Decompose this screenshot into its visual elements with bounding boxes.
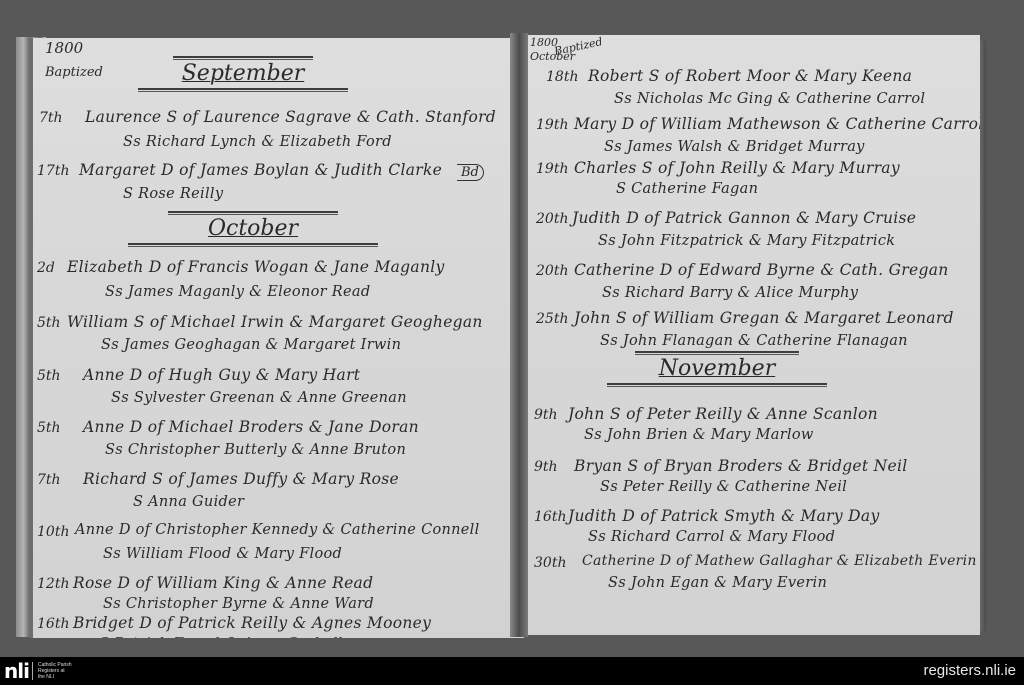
entry-child: Bryan S of Bryan Broders & Bridget Neil [574,457,907,475]
site-link[interactable]: registers.nli.ie [923,662,1016,679]
entry-day: 12th [37,576,69,592]
entry-child: Anne D of Michael Broders & Jane Doran [83,418,419,436]
entry-child: Judith D of Patrick Smyth & Mary Day [568,507,880,525]
entry-child: John S of William Gregan & Margaret Leon… [574,309,954,327]
entry-day: 16th [37,616,69,632]
entry-day: 9th [534,459,558,475]
entry-day: 16th [534,509,566,525]
image-viewer[interactable]: 1800 Baptized September 7th Laurence S o… [0,0,1024,657]
entry-child: Richard S of James Duffy & Mary Rose [83,470,399,488]
entry-child: Elizabeth D of Francis Wogan & Jane Maga… [67,258,445,276]
entry-day: 17th [37,163,69,179]
entry-day: 10th [37,524,69,540]
continued-month: October [530,51,575,63]
entry-sponsors: Ss John Brien & Mary Marlow [584,427,814,443]
entry-sponsors: Ss Nicholas Mc Ging & Catherine Carrol [614,91,925,107]
entry-child: Robert S of Robert Moor & Mary Keena [588,67,912,85]
month-heading-november: November [604,351,830,387]
entry-sponsors: S Rose Reilly [123,186,223,202]
entry-day: 20th [536,263,568,279]
entry-sponsors: S Catherine Fagan [616,181,758,197]
entry-sponsors: Ss Peter Reilly & Catherine Neil [600,479,847,495]
entry-day: 19th [536,161,568,177]
entry-sponsors: Ss William Flood & Mary Flood [103,546,342,562]
entry-day: 25th [536,311,568,327]
entry-child: Laurence S of Laurence Sagrave & Cath. S… [85,108,496,126]
entry-sponsors: S Anna Guider [133,494,244,510]
entry-sponsors: Ss John Fitzpatrick & Mary Fitzpatrick [598,233,895,249]
entry-sponsors: S Patrick Farrel & Anne Corbally [99,636,351,638]
entry-day: 5th [37,368,61,384]
entry-sponsors: Ss Sylvester Greenan & Anne Greenan [111,390,407,406]
entry-child: Rose D of William King & Anne Read [73,574,373,592]
page-year: 1800 [45,40,83,57]
entry-child: Anne D of Hugh Guy & Mary Hart [83,366,360,384]
entry-child: Catherine D of Edward Byrne & Cath. Greg… [574,261,949,279]
book-gutter [510,33,528,637]
entry-day: 20th [536,211,568,227]
entry-child: Mary D of William Mathewson & Catherine … [574,115,980,133]
entry-sponsors: Ss John Egan & Mary Everin [608,575,827,591]
entry-child: Charles S of John Reilly & Mary Murray [574,159,900,177]
entry-day: 7th [39,110,63,126]
entry-sponsors: Ss James Maganly & Eleonor Read [105,284,370,300]
entry-child: Judith D of Patrick Gannon & Mary Cruise [572,209,916,227]
entry-day: 5th [37,420,61,436]
right-page: 1800 Baptized October 18th Robert S of R… [528,35,980,635]
entry-day: 7th [37,472,61,488]
month-heading-september: September [128,56,358,92]
nli-logo-mark: nli [4,660,29,682]
page-heading: Baptized [45,64,103,81]
entry-day: 19th [536,117,568,133]
left-page: 1800 Baptized September 7th Laurence S o… [30,38,524,638]
nli-logo-text: Catholic Parish Registers at the NLI [38,662,72,680]
entry-day: 5th [37,315,61,331]
footer-bar: nli Catholic Parish Registers at the NLI… [0,657,1024,685]
entry-day: 18th [546,69,578,85]
entry-sponsors: Ss John Flanagan & Catherine Flanagan [600,333,908,349]
entry-sponsors: Ss Christopher Byrne & Anne Ward [103,596,374,612]
entry-child: Anne D of Christopher Kennedy & Catherin… [75,522,480,538]
margin-note: Bd [457,164,484,181]
logo-divider [32,662,33,680]
entry-child: John S of Peter Reilly & Anne Scanlon [568,405,878,423]
entry-child: William S of Michael Irwin & Margaret Ge… [67,313,483,331]
entry-sponsors: Ss Richard Barry & Alice Murphy [602,285,858,301]
entry-sponsors: Ss James Walsh & Bridget Murray [604,139,865,155]
entry-sponsors: Ss James Geoghagan & Margaret Irwin [101,337,401,353]
month-heading-october: October [123,211,383,247]
entry-sponsors: Ss Christopher Butterly & Anne Bruton [105,442,406,458]
register-scan[interactable]: 1800 Baptized September 7th Laurence S o… [16,33,986,637]
entry-day: 9th [534,407,558,423]
entry-sponsors: Ss Richard Carrol & Mary Flood [588,529,835,545]
entry-child: Catherine D of Mathew Gallaghar & Elizab… [582,553,977,569]
entry-child: Bridget D of Patrick Reilly & Agnes Moon… [73,614,431,632]
book-edge-right [980,41,986,631]
entry-sponsors: Ss Richard Lynch & Elizabeth Ford [123,134,392,150]
entry-child: Margaret D of James Boylan & Judith Clar… [79,161,442,179]
entry-day: 2d [37,260,55,276]
nli-logo[interactable]: nli Catholic Parish Registers at the NLI [4,660,72,682]
entry-day: 30th [534,555,566,571]
